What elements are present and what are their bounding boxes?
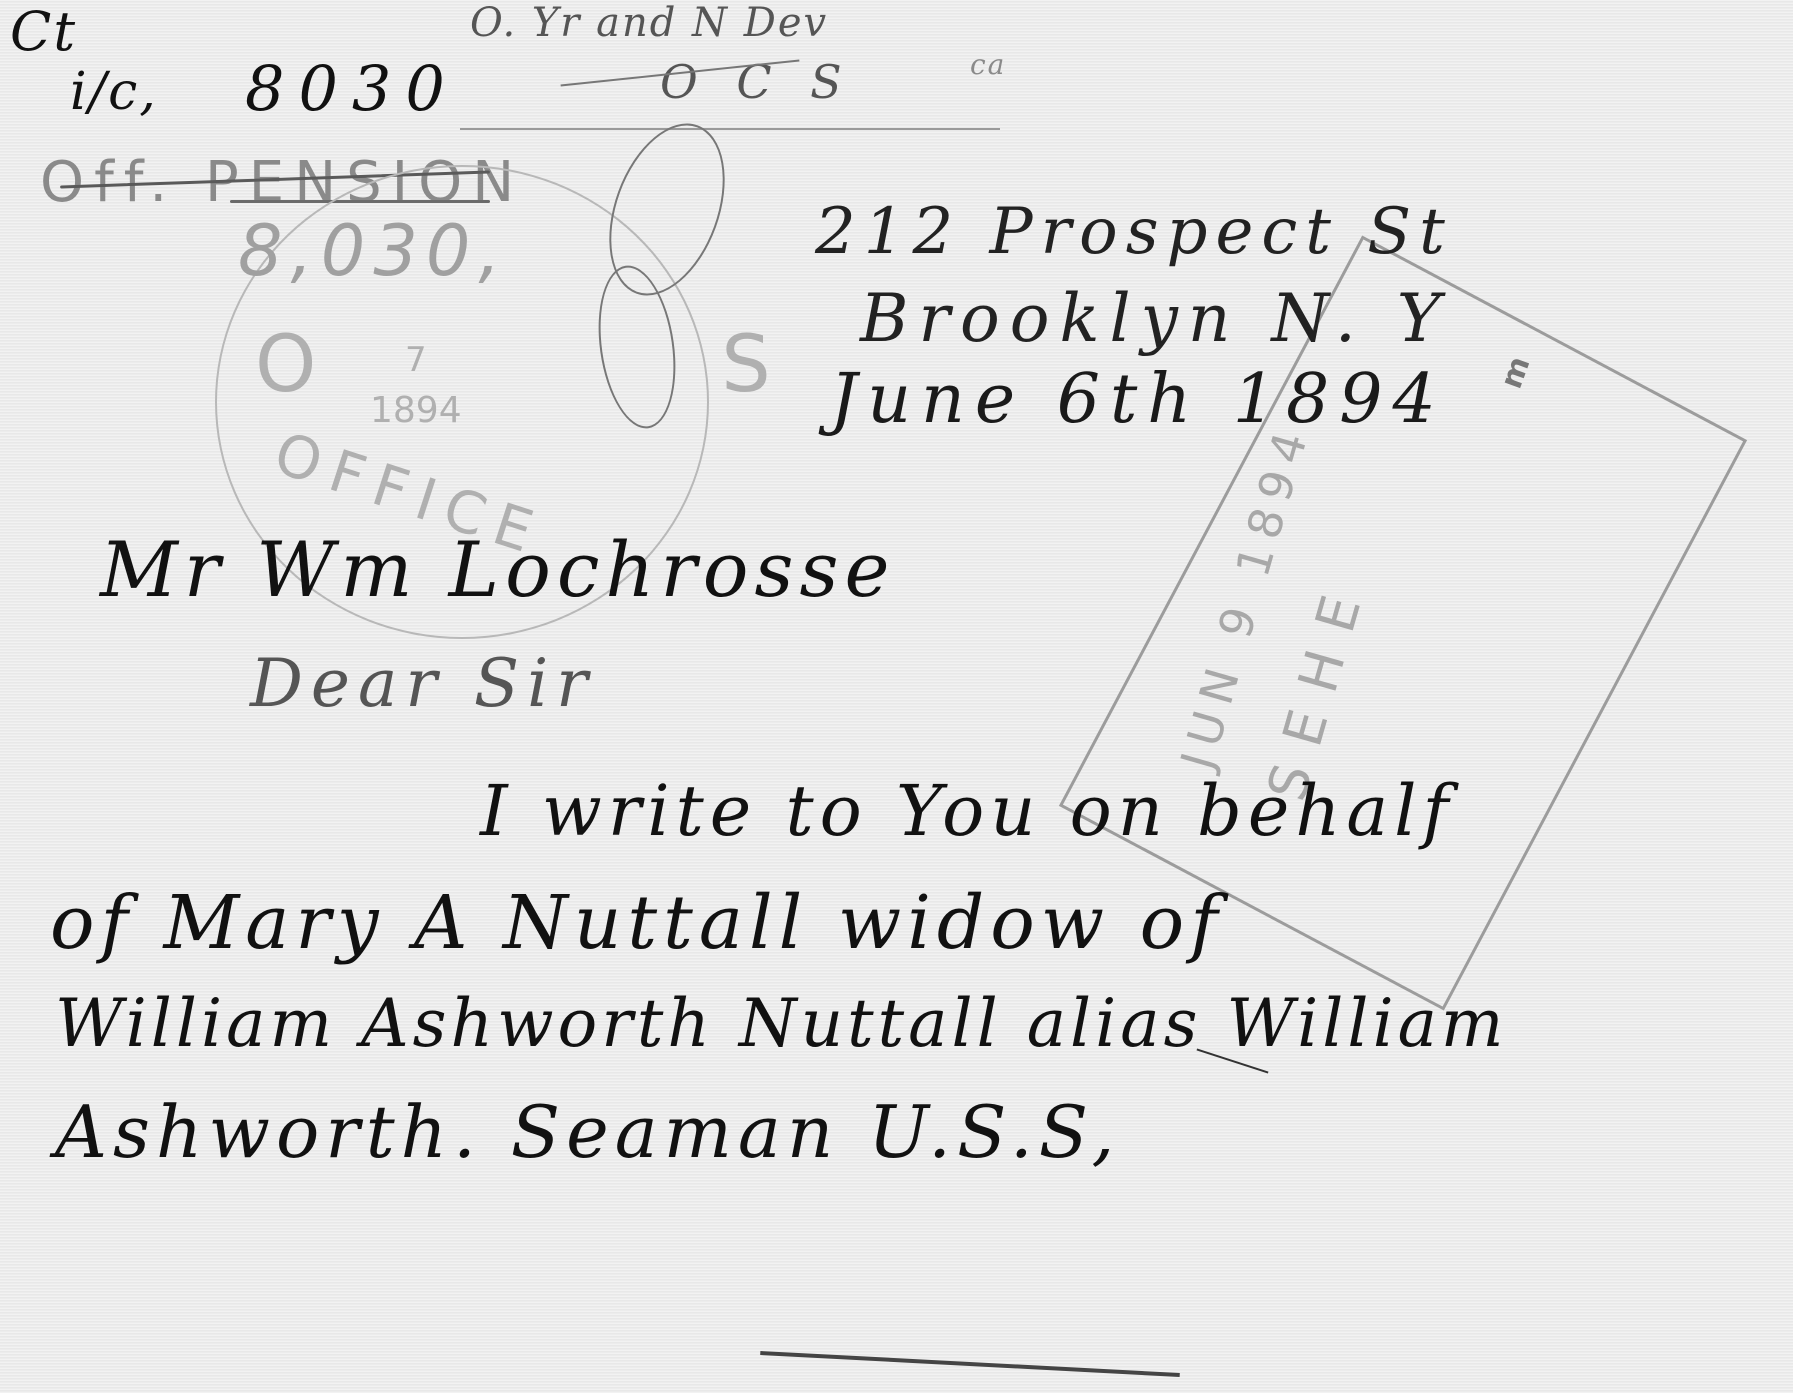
- top-left-mark: Ct: [10, 0, 77, 63]
- body-line-2: of Mary A Nuttall widow of: [50, 880, 1224, 966]
- top-note: O. Yr and N Dev: [470, 0, 828, 46]
- body-line-4: Ashworth. Seaman U.S.S,: [55, 1090, 1120, 1174]
- top-note-tail: ca: [970, 48, 1006, 81]
- address-line-1: 212 Prospect St: [815, 195, 1453, 269]
- received-stamp-day: 7: [405, 340, 427, 380]
- cut-off-stroke: [760, 1351, 1180, 1377]
- salutation: Dear Sir: [250, 645, 596, 722]
- body-line-1: I write to You on behalf: [480, 770, 1454, 852]
- file-number: 8030: [245, 52, 459, 125]
- file-number-label: i/c,: [70, 62, 158, 122]
- address-line-2: Brooklyn N. Y: [860, 280, 1450, 357]
- received-stamp-year: 1894: [370, 390, 462, 431]
- recipient: Mr Wm Lochrosse: [100, 525, 895, 614]
- body-line-3: William Ashworth Nuttall alias William: [55, 985, 1508, 1062]
- pencil-stroke: [460, 128, 1000, 130]
- received-stamp-number: 8,030,: [238, 210, 509, 292]
- date-line: June 6th 1894: [830, 360, 1446, 439]
